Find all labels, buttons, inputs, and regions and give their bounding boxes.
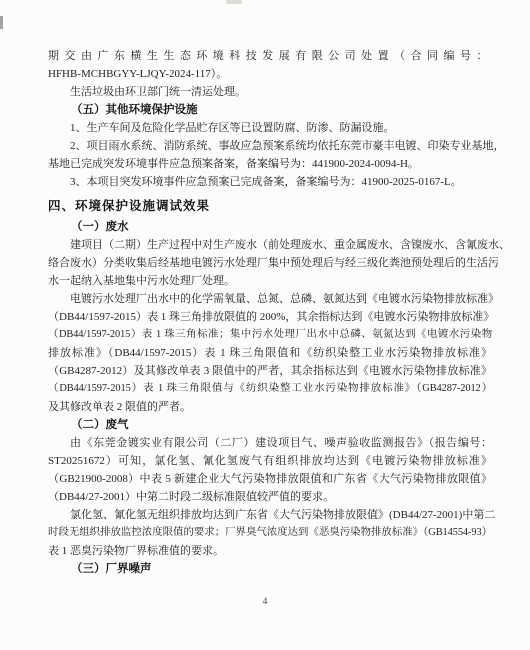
document-page: 期交由广东横生生态环境科技发展有限公司处置（合同编号： HFHB-MCHBGYY… <box>0 0 530 650</box>
doc-line: （DB44/1597-2015）表 1 珠三角排放限值的 200%，其余指标达到… <box>48 308 492 326</box>
section-heading-waste-gas: （二）废气 <box>48 416 492 434</box>
doc-line-item-3: 3、本项目突发环境事件应急预案已完成备案，备案编号为：41900-2025-01… <box>48 173 492 191</box>
section-heading-other-facilities: （五）其他环境保护设施 <box>48 101 492 119</box>
doc-line-item-1: 1、生产车间及危险化学品贮存区等已设置防腐、防渗、防漏设施。 <box>48 119 492 137</box>
doc-line-report-number: ST20251672）可知，氯化氢、氰化氢废气有组织排放均达到《电镀污染物排放标… <box>48 452 492 470</box>
doc-line: 电镀污水处理厂出水中的化学需氧量、总氮、总磷、氨氮达到《电镀水污染物排放标准》 <box>48 290 492 308</box>
doc-line: 水一起纳入基地集中污水处理厂处理。 <box>48 272 492 290</box>
doc-line: 排放标准》（DB44/1597-2015）表 1 珠三角限值和《纺织染整工业水污… <box>48 344 492 362</box>
section-heading-boundary-noise: （三）厂界噪声 <box>48 560 492 578</box>
doc-line: 及其修改单表 2 限值的严者。 <box>48 398 492 416</box>
doc-line: （DB44/1597-2015）表 1 珠三角标准；集中污水处理厂出水中总磷、氨… <box>48 326 492 344</box>
page-number: 4 <box>0 597 530 607</box>
doc-line: 时段无组织排放监控浓度限值的要求；厂界臭气浓度达到《恶臭污染物排放标准》（GB1… <box>48 524 492 542</box>
document-body: 期交由广东横生生态环境科技发展有限公司处置（合同编号： HFHB-MCHBGYY… <box>48 47 492 578</box>
doc-line: 生活垃圾由环卫部门统一清运处理。 <box>48 83 492 101</box>
doc-line: 表 1 恶臭污染物厂界标准值的要求。 <box>48 542 492 560</box>
doc-line: （DB44/27-2001）中第二时段二级标准限值较严值的要求。 <box>48 488 492 506</box>
doc-line: 期交由广东横生生态环境科技发展有限公司处置（合同编号： <box>48 47 492 65</box>
doc-line: 基地已完成突发环境事件应急预案备案，备案编号为：441900-2024-0094… <box>48 155 492 173</box>
doc-line: 由《东莞金镀实业有限公司（二厂）建设项目气、噪声验收监测报告》（报告编号： <box>48 434 492 452</box>
doc-line: 络合废水）分类收集后经基地电镀污水处理厂集中预处理后与经三级化粪池预处理后的生活… <box>48 254 492 272</box>
doc-line: 建项目（二期）生产过程中对生产废水（前处理废水、重金属废水、含镍废水、含氰废水、 <box>48 236 492 254</box>
scan-artifact <box>0 16 3 29</box>
chapter-heading-debug-results: 四、环境保护设施调试效果 <box>48 197 492 215</box>
doc-line-contract-number: HFHB-MCHBGYY-LJQY-2024-117）。 <box>48 65 492 83</box>
doc-line-item-2: 2、项目雨水系统、消防系统、事故应急预案系统均依托东莞市豪丰电镀、印染专业基地， <box>48 137 492 155</box>
doc-line: （GB4287-2012）及其修改单表 3 限值中的严者，其余指标达到《电镀水污… <box>48 362 492 380</box>
section-heading-wastewater: （一）废水 <box>48 218 492 236</box>
scan-artifact <box>226 0 242 4</box>
doc-line: （DB44/1597-2015）表 1 珠三角限值与《纺织染整工业水污染物排放标… <box>48 380 492 398</box>
doc-line: 氯化氢、氰化氢无组织排放均达到广东省《大气污染物排放限值》(DB44/27-20… <box>48 506 492 524</box>
doc-line: （GB21900-2008）中表 5 新建企业大气污染物排放限值和广东省《大气污… <box>48 470 492 488</box>
